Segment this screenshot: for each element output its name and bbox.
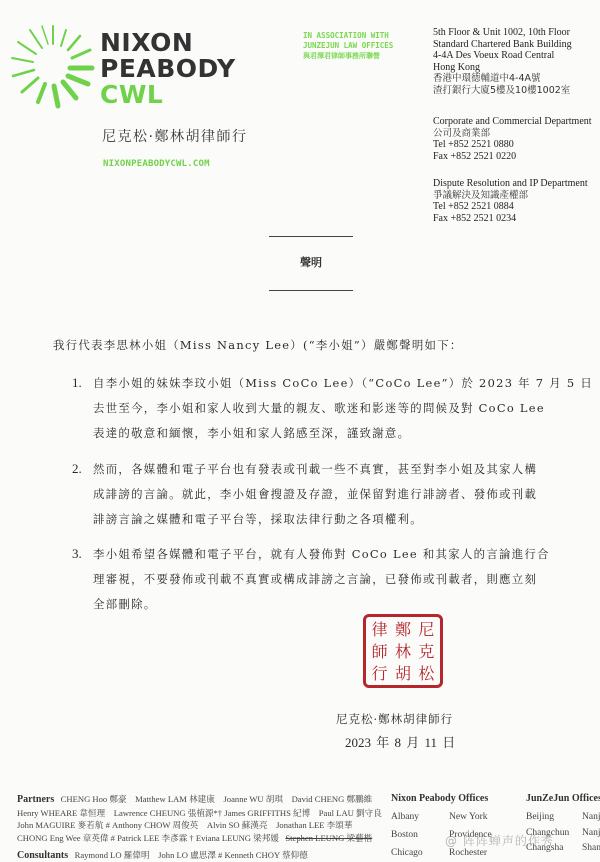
association-note: IN ASSOCIATION WITH JUNZEJUN LAW OFFICES… (303, 31, 393, 61)
paragraph-line: 全部刪除。 (93, 592, 156, 617)
association-line: 與君澤君律師事務所聯營 (303, 51, 393, 61)
address-line: 5th Floor & Unit 1002, 10th Floor (433, 27, 572, 39)
office-address: 5th Floor & Unit 1002, 10th Floor Standa… (433, 27, 572, 96)
paragraph-line: 自李小姐的妹妹李玟小姐（Miss CoCo Lee）（“CoCo Lee”）於 … (93, 371, 593, 396)
firm-name-line-1: NIXON (100, 30, 236, 56)
department-dispute: Dispute Resolution and IP Department 爭議解… (433, 178, 588, 224)
seal-char: 鄭 (391, 619, 414, 641)
office-city: Nanjing (582, 812, 600, 822)
department-tel: Tel +852 2521 0880 (433, 139, 592, 151)
paragraph-line: 去世至今，李小姐和家人收到大量的親友、歌迷和影迷等的問候及對 CoCo Lee (93, 396, 545, 421)
partners-line: Henry WHEARE 韋恒理 Lawrence CHEUNG 張植源*† J… (17, 807, 382, 820)
social-watermark: @ 阵阵蝉声的作秀 (445, 832, 554, 849)
partners-line: CHENG Hoo 鄭豪 Matthew LAM 林建康 Joanne WU 胡… (61, 794, 373, 804)
paragraph-number: 3. (72, 546, 82, 562)
department-fax: Fax +852 2521 0234 (433, 213, 588, 225)
intro-statement: 我行代表李思林小姐（Miss Nancy Lee）(“李小姐”）嚴鄭聲明如下： (53, 337, 463, 353)
address-line: 4-4A Des Voeux Road Central (433, 50, 572, 62)
paragraph-line: 成誹謗的言論。就此，李小姐會搜證及存證，並保留對進行誹謗者、發佈或刊載 (93, 482, 537, 507)
seal-char: 松 (415, 663, 438, 685)
firm-website-link[interactable]: NIXONPEABODYCWL.COM (103, 159, 210, 169)
partners-list: Partners CHENG Hoo 鄭豪 Matthew LAM 林建康 Jo… (17, 793, 382, 862)
paragraph-line: 誹謗言論之媒體和電子平台等，採取法律行動之各項權利。 (93, 507, 423, 532)
office-city: Nanjing (582, 828, 600, 838)
office-city: Boston (391, 830, 418, 840)
office-city: Shanghai (582, 843, 600, 853)
firm-name-accent: CWL (100, 82, 236, 108)
consultants-line: Raymond LO 羅偉明 John LO 盧思澤 # Kenneth CHO… (75, 850, 308, 860)
seal-char: 克 (415, 641, 438, 663)
document-title: 聲明 (0, 254, 600, 270)
office-city: New York (449, 812, 488, 822)
office-city: Chicago (391, 848, 423, 858)
department-name-cn: 爭議解決及知識產權部 (433, 190, 588, 202)
consultants-label: Consultants (17, 850, 68, 861)
address-line-cn: 香港中環德輔道中4-4A號 (433, 73, 572, 85)
department-name-cn: 公司及商業部 (433, 128, 592, 140)
office-city: Albany (391, 812, 419, 822)
starburst-logo-icon (8, 22, 98, 112)
department-name: Dispute Resolution and IP Department (433, 178, 588, 190)
paragraph-line: 然而，各媒體和電子平台也有發表或刊載一些不真實，甚至對李小姐及其家人構 (93, 457, 537, 482)
junzejun-offices-title: JunZeJun Offices (526, 793, 600, 804)
seal-char: 尼 (415, 619, 438, 641)
partner-struck-out: Stephen LEUNG 梁藝楷 (285, 833, 372, 843)
address-line: Hong Kong (433, 62, 572, 74)
signature-date: 2023 年 8 月 11 日 (345, 732, 455, 751)
paragraph-line: 表達的敬意和緬懷，李小姐和家人銘感至深，謹致謝意。 (93, 421, 410, 446)
office-city: Rochester (449, 848, 487, 858)
firm-name-chinese: 尼克松·鄭林胡律師行 (102, 126, 247, 146)
company-seal-stamp: 尼 克 松 鄭 林 胡 律 師 行 (363, 614, 443, 688)
department-name: Corporate and Commercial Department (433, 116, 592, 128)
association-line: JUNZEJUN LAW OFFICES (303, 41, 393, 51)
seal-char: 律 (368, 619, 391, 641)
title-rule-bottom (269, 290, 353, 291)
association-line: IN ASSOCIATION WITH (303, 31, 393, 41)
paragraph-line: 李小姐希望各媒體和電子平台，就有人發佈對 CoCo Lee 和其家人的言論進行合 (93, 542, 550, 567)
department-corporate: Corporate and Commercial Department 公司及商… (433, 116, 592, 162)
department-tel: Tel +852 2521 0884 (433, 201, 588, 213)
nixon-offices-title: Nixon Peabody Offices (391, 793, 488, 804)
seal-char: 林 (391, 641, 414, 663)
seal-char: 行 (368, 663, 391, 685)
seal-char: 師 (368, 641, 391, 663)
signature-firm-name: 尼克松·鄭林胡律師行 (336, 711, 453, 727)
paragraph-line: 理審視，不要發佈或刊載不真實或構成誹謗之言論，已發佈或刊載者，則應立刻 (93, 567, 537, 592)
firm-name-line-2: PEABODY (100, 56, 236, 82)
partners-line: John MAGUIRE 麥若航 # Anthony CHOW 周俊英 Alvi… (17, 819, 382, 832)
office-city: Beijing (526, 812, 554, 822)
address-line: Standard Chartered Bank Building (433, 39, 572, 51)
firm-logo-wordmark: NIXON PEABODY CWL (100, 30, 236, 108)
paragraph-number: 2. (72, 461, 82, 477)
partners-label: Partners (17, 794, 54, 805)
department-fax: Fax +852 2521 0220 (433, 151, 592, 163)
title-rule-top (269, 236, 353, 237)
paragraph-number: 1. (72, 375, 82, 391)
address-line-cn: 渣打銀行大廈5樓及10樓1002室 (433, 85, 572, 97)
seal-char: 胡 (391, 663, 414, 685)
partners-line: CHONG Eng Wee 章英偉 # Patrick LEE 李彥霖 † Ev… (17, 833, 279, 843)
